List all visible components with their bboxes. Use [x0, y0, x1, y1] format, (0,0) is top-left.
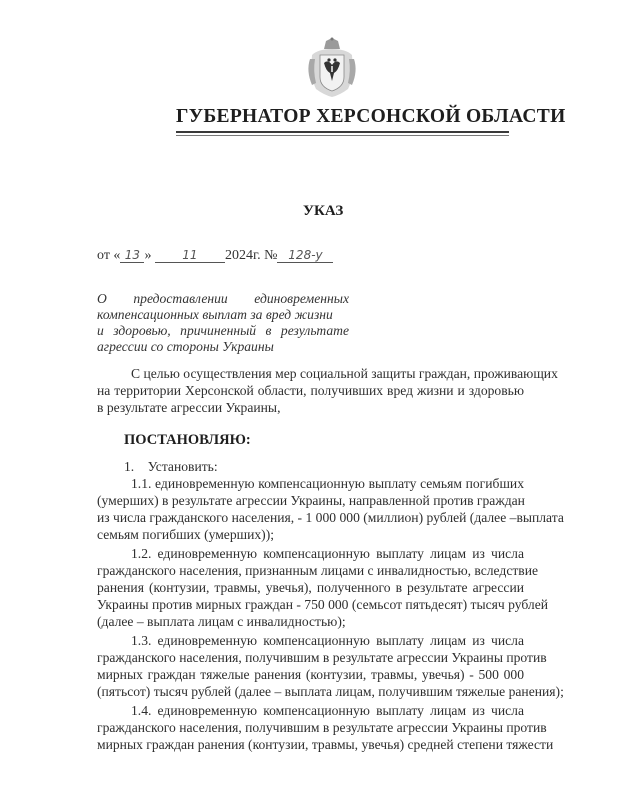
document-subject: О предоставлении единовременных компенса…: [97, 291, 349, 355]
text-line: (далее – выплата лицам с инвалидностью);: [97, 613, 524, 630]
subject-line: О предоставлении единовременных: [97, 291, 349, 307]
date-number-line: от «13» 112024г. №128-у: [97, 248, 333, 264]
document-number: 128-у: [277, 248, 333, 263]
text-line: семьям погибших (умерших));: [97, 526, 524, 543]
text-line: (умерших) в результате агрессии Украины,…: [97, 492, 524, 509]
text-line: (пятьсот) тысяч рублей (далее – выплата …: [97, 683, 524, 700]
item-1: 1. Установить:: [124, 458, 424, 475]
text-line: 1.2. единовременную компенсационную выпл…: [97, 545, 524, 562]
date-year: 2024г. №: [225, 248, 278, 263]
date-prefix: от «: [97, 248, 120, 263]
decree-heading: ПОСТАНОВЛЯЮ:: [124, 432, 251, 449]
item-1-2: 1.2. единовременную компенсационную выпл…: [97, 545, 524, 630]
text-line: мирных граждан тяжелые ранения (контузии…: [97, 666, 524, 683]
text-line: 1.4. единовременную компенсационную выпл…: [97, 702, 524, 719]
text-line: на территории Херсонской области, получи…: [97, 382, 524, 399]
text-line: гражданского населения, получившим в рез…: [97, 649, 524, 666]
text-line: 1.1. единовременную компенсационную выпл…: [97, 475, 524, 492]
header-divider-thin: [176, 135, 509, 136]
text-line: 1. Установить:: [124, 458, 424, 475]
subject-line: агрессии со стороны Украины: [97, 339, 349, 355]
document-type: УКАЗ: [303, 203, 343, 220]
subject-line: компенсационных выплат за вред жизни: [97, 307, 349, 323]
text-line: гражданского населения, признанным лицам…: [97, 562, 524, 579]
date-day: 13: [120, 248, 144, 263]
text-line: С целью осуществления мер социальной защ…: [97, 365, 524, 382]
preamble: С целью осуществления мер социальной защ…: [97, 365, 524, 416]
coat-of-arms-icon: [306, 37, 358, 99]
item-1-4: 1.4. единовременную компенсационную выпл…: [97, 702, 524, 753]
text-line: мирных граждан ранения (контузии, травмы…: [97, 736, 524, 753]
text-line: гражданского населения, получившим в рез…: [97, 719, 524, 736]
date-mid: »: [144, 248, 151, 263]
text-line: в результате агрессии Украины,: [97, 399, 524, 416]
text-line: из числа гражданского населения, - 1 000…: [97, 509, 524, 526]
header-divider: [176, 131, 509, 133]
date-month: 11: [155, 248, 225, 263]
text-line: 1.3. единовременную компенсационную выпл…: [97, 632, 524, 649]
item-1-1: 1.1. единовременную компенсационную выпл…: [97, 475, 524, 543]
issuer-title: ГУБЕРНАТОР ХЕРСОНСКОЙ ОБЛАСТИ: [176, 106, 506, 128]
subject-line: и здоровью, причиненный в результате: [97, 323, 349, 339]
item-1-3: 1.3. единовременную компенсационную выпл…: [97, 632, 524, 700]
text-line: ранения (контузии, травмы, увечья), полу…: [97, 579, 524, 596]
text-line: Украины против мирных граждан - 750 000 …: [97, 596, 524, 613]
